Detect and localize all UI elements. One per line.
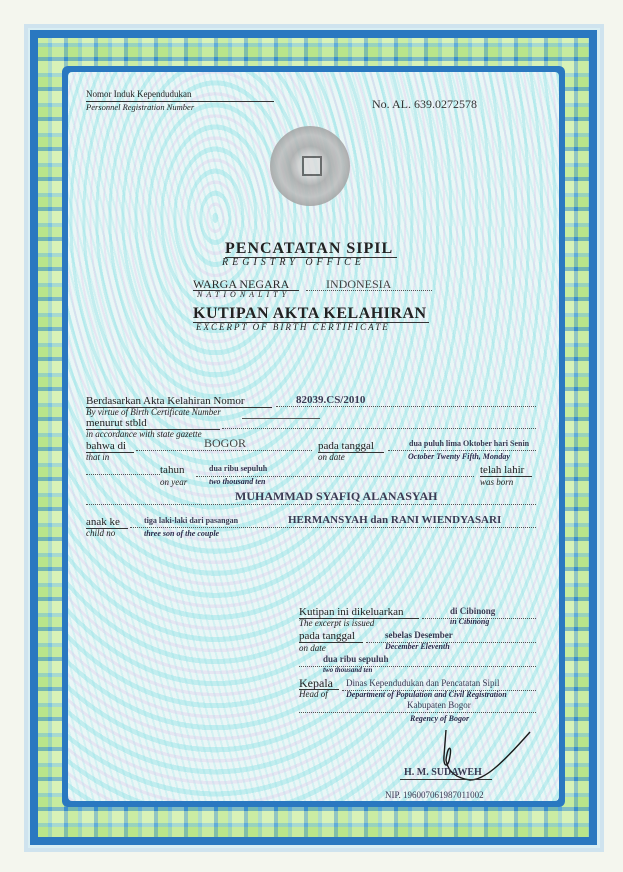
- year-value-en: two thousand ten: [209, 477, 265, 486]
- head-dots: [342, 690, 536, 691]
- head-label-en: Head of: [299, 689, 328, 699]
- place-dots: [136, 450, 312, 451]
- child-no-label-en: child no: [86, 528, 115, 538]
- document-title-en: EXCERPT OF BIRTH CERTIFICATE: [196, 322, 390, 332]
- nik-label: Nomor Induk Kependudukan: [86, 89, 191, 99]
- nik-label-en: Personnel Registration Number: [86, 102, 194, 112]
- garuda-emblem-icon: [270, 126, 350, 206]
- regency-en: Regency of Bogor: [410, 714, 469, 723]
- signatory-nip: NIP. 196007061987011002: [385, 790, 484, 800]
- date-value: dua puluh lima Oktober hari Senin: [409, 439, 529, 448]
- head-value: Dinas Kependudukan dan Pencatatan Sipil: [346, 678, 499, 688]
- stbld-label-en: in accordance with state gazette: [86, 429, 202, 439]
- child-name: MUHAMMAD SYAFIQ ALANASYAH: [235, 489, 437, 504]
- date-value-en: October Twenty Fifth, Monday: [408, 452, 510, 461]
- date-label-en: on date: [318, 452, 345, 462]
- document-title: KUTIPAN AKTA KELAHIRAN: [193, 305, 427, 323]
- issued-label: Kutipan ini dikeluarkan: [299, 606, 403, 618]
- office-title-en: REGISTRY OFFICE: [222, 257, 365, 268]
- child-no-label: anak ke: [86, 516, 120, 528]
- issued-label-en: The excerpt is issued: [299, 618, 374, 628]
- issue-date-label: pada tanggal: [299, 630, 355, 642]
- place-label-en: that in: [86, 452, 109, 462]
- cert-no-dots: [276, 406, 536, 407]
- issue-date-value: sebelas Desember: [385, 630, 453, 640]
- born-label-en: was born: [480, 477, 513, 487]
- issued-place: di Cibinong: [450, 606, 495, 616]
- issue-date-dots: [366, 642, 536, 643]
- issue-year-value: dua ribu sepuluh: [323, 654, 389, 664]
- office-title: PENCATATAN SIPIL: [225, 240, 393, 258]
- issue-year-dots: [299, 666, 536, 667]
- born-label: telah lahir: [480, 464, 524, 476]
- date-label: pada tanggal: [318, 440, 374, 452]
- nationality-dots: [306, 290, 432, 291]
- nationality-label-en: NATIONALITY: [197, 290, 290, 299]
- stbld-blank: [242, 418, 320, 419]
- signatory-underline: [400, 779, 492, 780]
- stbld-label: menurut stbld: [86, 417, 147, 429]
- serial-number: No. AL. 639.0272578: [372, 97, 477, 112]
- head-value-en: Department of Population and Civil Regis…: [346, 690, 507, 699]
- regency: Kabupaten Bogor: [407, 700, 471, 710]
- year-label: tahun: [160, 464, 184, 476]
- year-value: dua ribu sepuluh: [209, 464, 267, 473]
- cert-no-label: Berdasarkan Akta Kelahiran Nomor: [86, 395, 245, 407]
- issue-year-value-en: two thousand ten: [323, 666, 372, 674]
- child-no-value-en: three son of the couple: [144, 529, 219, 538]
- place-label: bahwa di: [86, 440, 126, 452]
- year-prefix-dots: [86, 474, 160, 475]
- year-label-en: on year: [160, 477, 187, 487]
- child-no-dots: [130, 527, 536, 528]
- year-dots: [196, 476, 474, 477]
- child-name-dots: [86, 504, 536, 505]
- parents: HERMANSYAH dan RANI WIENDYASARI: [288, 514, 501, 526]
- regency-dots: [299, 712, 536, 713]
- child-no-value: tiga laki-laki dari pasangan: [144, 516, 238, 525]
- stbld-dots: [222, 428, 536, 429]
- date-dots: [388, 450, 536, 451]
- issue-date-value-en: December Eleventh: [385, 642, 450, 651]
- issued-dots: [422, 618, 536, 619]
- issue-date-label-en: on date: [299, 643, 326, 653]
- cert-no-label-en: By virtue of Birth Certificate Number: [86, 407, 221, 417]
- place-value: BOGOR: [204, 436, 246, 451]
- signatory-name: H. M. SUDAWEH: [404, 767, 482, 778]
- cert-no-value: 82039.CS/2010: [296, 394, 365, 406]
